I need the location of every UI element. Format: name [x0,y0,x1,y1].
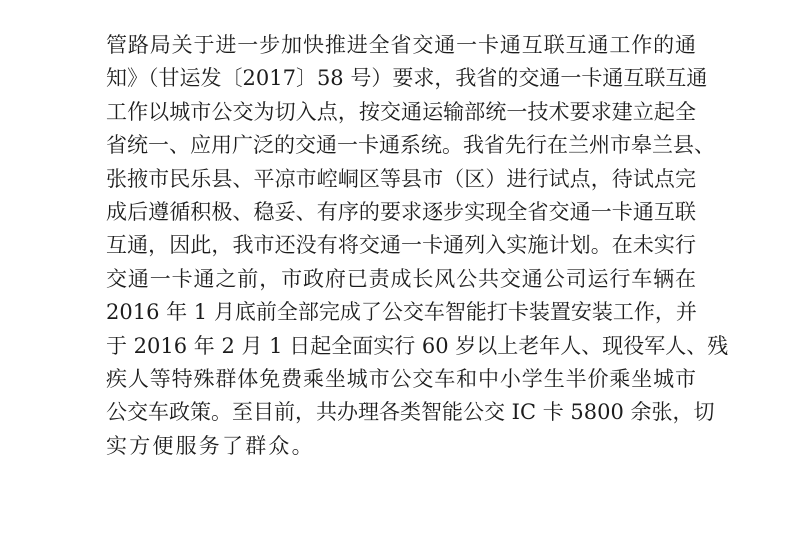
text-line: 成后遵循积极、稳妥、有序的要求逐步实现全省交通一卡通互联 [106,196,696,229]
text-line: 于 2016 年 2 月 1 日起全面实行 60 岁以上老年人、现役军人、残 [106,330,696,363]
text-line-last: 实方便服务了群众。 [106,430,696,463]
text-line: 2016 年 1 月底前全部完成了公交车智能打卡装置安装工作，并 [106,296,696,329]
text-line: 疾人等特殊群体免费乘坐城市公交车和中小学生半价乘坐城市 [106,363,696,396]
text-line: 工作以城市公交为切入点，按交通运输部统一技术要求建立起全 [106,96,696,129]
text-line: 交通一卡通之前，市政府已责成长风公共交通公司运行车辆在 [106,263,696,296]
text-line: 互通，因此，我市还没有将交通一卡通列入实施计划。在未实行 [106,229,696,262]
text-line: 张掖市民乐县、平凉市崆峒区等县市（区）进行试点，待试点完 [106,163,696,196]
text-line: 知》（甘运发〔2017〕58 号）要求，我省的交通一卡通互联互通 [106,62,696,95]
document-paragraph: 管路局关于进一步加快推进全省交通一卡通互联互通工作的通 知》（甘运发〔2017〕… [106,29,696,463]
text-line: 管路局关于进一步加快推进全省交通一卡通互联互通工作的通 [106,29,696,62]
document-page: 管路局关于进一步加快推进全省交通一卡通互联互通工作的通 知》（甘运发〔2017〕… [0,0,798,540]
text-line: 公交车政策。至目前，共办理各类智能公交 IC 卡 5800 余张，切 [106,396,696,429]
text-line: 省统一、应用广泛的交通一卡通系统。我省先行在兰州市皋兰县、 [106,129,696,162]
